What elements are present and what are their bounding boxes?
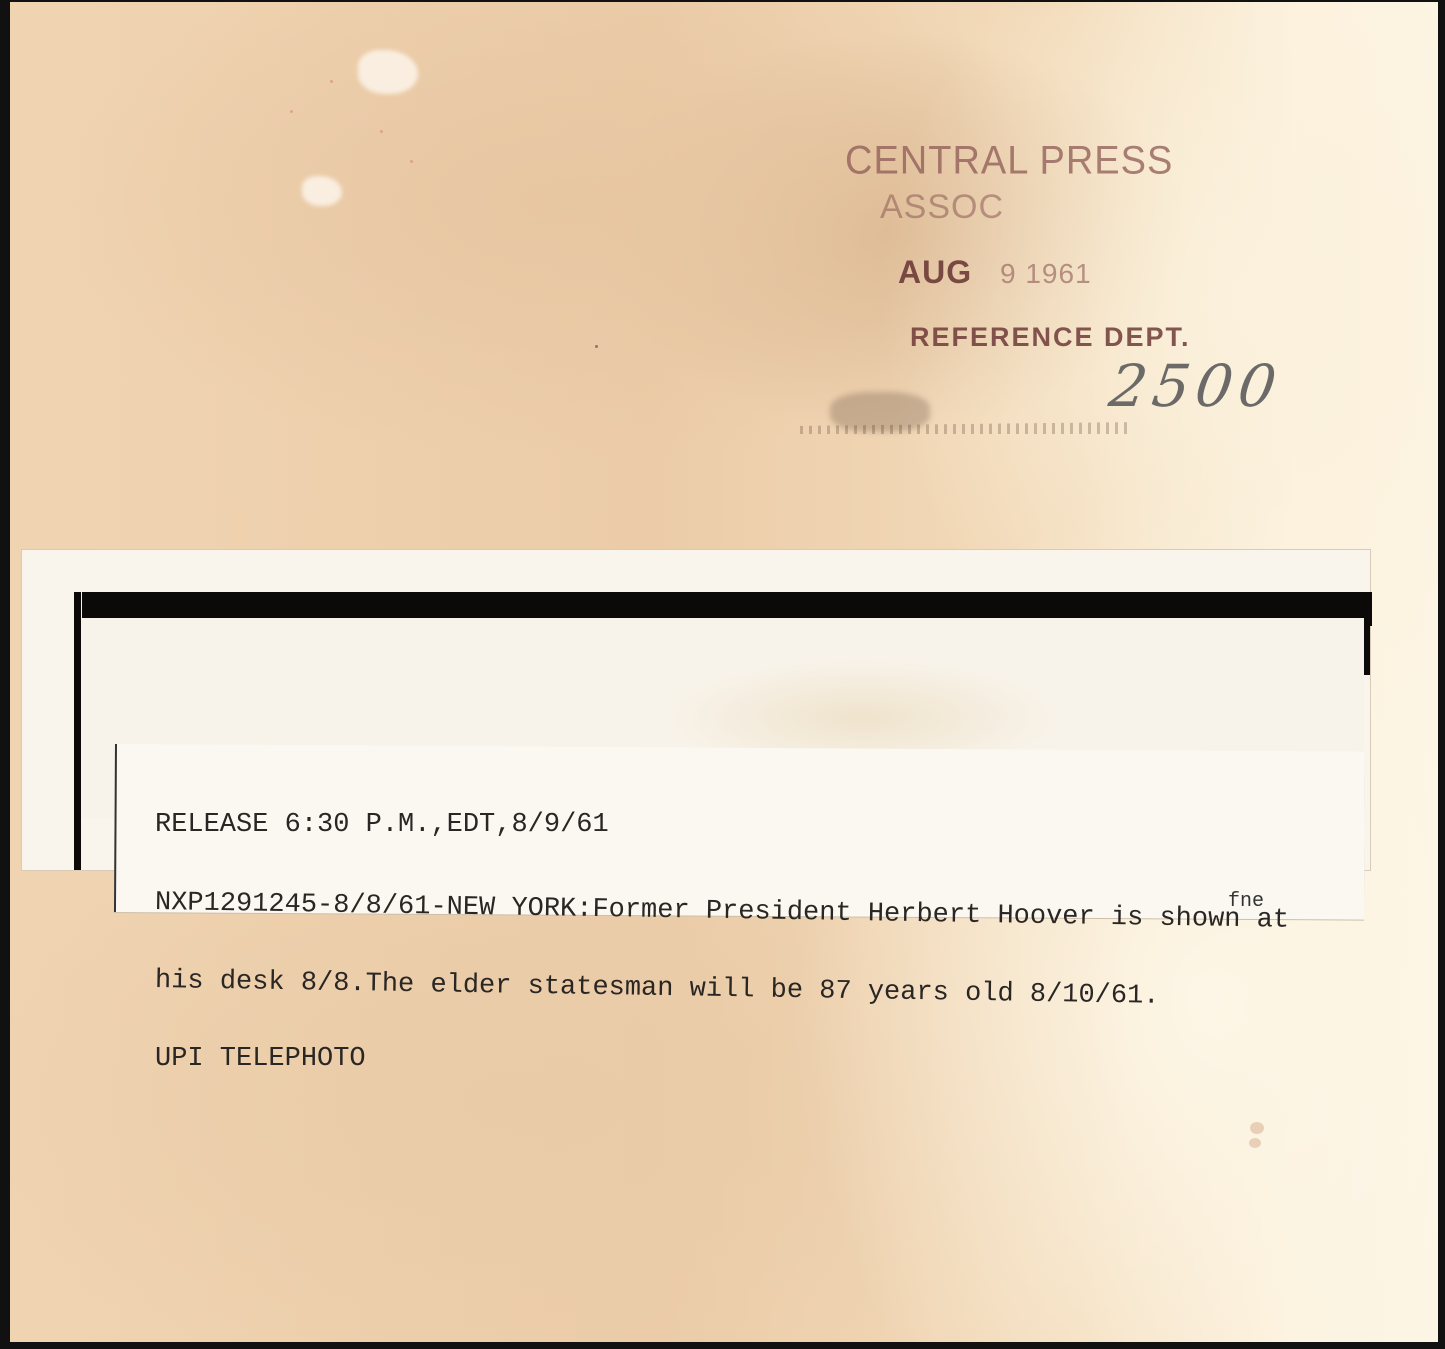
- stamp-agency-line2: ASSOC: [880, 188, 1004, 227]
- paper-stain: [1249, 1138, 1261, 1148]
- ink-speck: [290, 110, 293, 113]
- ink-speck: [410, 160, 413, 163]
- ink-speck: [595, 345, 598, 348]
- ink-speck: [330, 80, 333, 83]
- handwritten-number: 2500: [1105, 352, 1286, 420]
- typed-caption: RELEASE 6:30 P.M.,EDT,8/9/61 NXP1291245-…: [155, 760, 1289, 1098]
- paper-scuff: [302, 176, 342, 206]
- stamp-smudge: [830, 392, 930, 432]
- stamp-agency-line1: CENTRAL PRESS: [845, 139, 1173, 184]
- stamp-date-month: AUG: [898, 254, 972, 291]
- ink-speck: [380, 130, 383, 133]
- caption-description-line2: his desk 8/8.The elder statesman will be…: [155, 968, 1289, 1012]
- caption-description-line1: NXP1291245-8/8/61-NEW YORK:Former Presid…: [155, 890, 1289, 934]
- caption-credit-line: UPI TELEPHOTO: [155, 1046, 1289, 1072]
- caption-release-line: RELEASE 6:30 P.M.,EDT,8/9/61: [155, 812, 1289, 838]
- caption-fragment: fne: [1228, 890, 1264, 913]
- paper-scuff: [358, 50, 418, 94]
- stamp-date-day-year: 9 1961: [1000, 258, 1092, 290]
- paper-stain: [1250, 1122, 1264, 1134]
- stamp-department: REFERENCE DEPT.: [910, 322, 1191, 353]
- black-border-left: [74, 592, 81, 870]
